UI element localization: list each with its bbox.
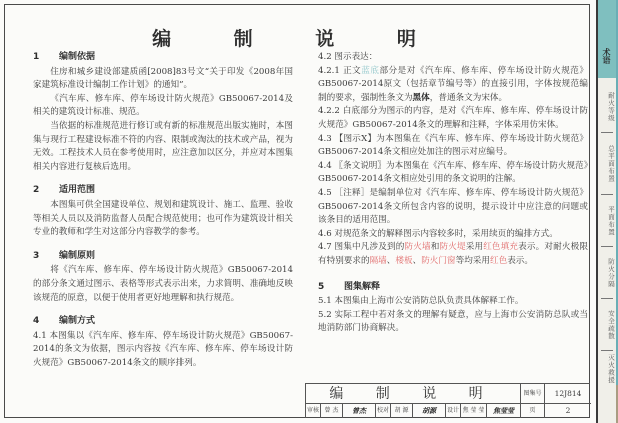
tab-divider (601, 132, 613, 133)
chapter-tab-strip: 术语 耐火等级 总平面布置 平面布置 防火分隔 安全疏散 灭火救援 (596, 0, 618, 423)
section-heading-2: 2适用范围 (33, 184, 293, 198)
title-block: 编 制 说 明 图集号 12J814 审核 曾 杰 曾杰 校对 胡 源 胡源 设… (305, 383, 590, 418)
paragraph: 本图集可供全国建设单位、规划和建筑设计、施工、监理、验收等相关人员以及消防监督人… (33, 199, 293, 240)
check-name: 胡 源 (391, 404, 413, 418)
paragraph-4-7: 4.7 图集中凡涉及到的防火墙和防火堤采用红色填充表示。对耐火极限有特别要求的隔… (318, 241, 588, 268)
paragraph-4-6: 4.6 对规范条文的解释图示内容较多时，采用续页的编排方式。 (318, 228, 588, 242)
tab-fire-separation[interactable]: 防火分隔 (598, 250, 616, 296)
paragraph: 4.1 本图集以《汽车库、修车库、停车场设计防火规范》GB50067-2014的… (33, 330, 293, 371)
paragraph-5-1: 5.1 本图集由上海市公安消防总队负责具体解释工作。 (318, 295, 588, 309)
tab-divider (601, 350, 613, 351)
tab-rescue[interactable]: 灭火救援 (598, 354, 616, 384)
design-label: 设计 (446, 404, 461, 418)
check-signature: 胡源 (413, 404, 446, 418)
tab-floor-plan[interactable]: 平面布置 (598, 198, 616, 244)
tab-fire-rating[interactable]: 耐火等级 (598, 84, 616, 130)
paragraph: 当依据的标准规范进行修订或有新的标准规范出版实施时，本图集与现行工程建设标准不符… (33, 120, 293, 174)
paragraph: 住房和城乡建设部建质函[2008]83号文“关于印发《2008年国家建筑标准设计… (33, 66, 293, 93)
section-heading-5: 5图集解释 (318, 281, 588, 295)
design-name: 焦 莹 莹 (461, 404, 487, 418)
paragraph-4-2: 4.2 图示表达： (318, 51, 588, 65)
drawing-sheet: 编 制 说 明 1编制依据 住房和城乡建设部建质函[2008]83号文“关于印发… (0, 0, 596, 423)
design-signature: 焦莹莹 (487, 404, 521, 418)
paragraph-4-2-2: 4.2.2 白底部分为图示的内容，是对《汽车库、修车库、停车场设计防火规范》GB… (318, 105, 588, 132)
paragraph-4-5: 4.5 ［注释］是编制单位对《汽车库、修车库、停车场设计防火规范》GB50067… (318, 187, 588, 228)
paragraph-4-4: 4.4 〖条文说明〗为本图集在《汽车库、修车库、停车场设计防火规范》GB5006… (318, 160, 588, 187)
review-label: 审核 (306, 404, 321, 418)
paragraph: 《汽车库、修车库、停车场设计防火规范》GB50067-2014及相关的建筑设计标… (33, 93, 293, 120)
paragraph-4-2-1: 4.2.1 正文蓝底部分是对《汽车库、修车库、停车场设计防火规范》GB50067… (318, 65, 588, 106)
paragraph-5-2: 5.2 实际工程中若对条文的理解有疑意，应与上海市公安消防总队或当地消防部门协商… (318, 309, 588, 336)
paragraph-4-3: 4.3 【图示X】为本图集在《汽车库、修车库、停车场设计防火规范》GB50067… (318, 133, 588, 160)
atlas-number: 12J814 (545, 384, 591, 404)
tab-divider (601, 298, 613, 299)
tab-divider (601, 194, 613, 195)
right-column: 4.2 图示表达： 4.2.1 正文蓝底部分是对《汽车库、修车库、停车场设计防火… (318, 51, 588, 336)
check-label: 校对 (376, 404, 391, 418)
section-heading-3: 3编制原则 (33, 250, 293, 264)
page-title: 编 制 说 明 (0, 24, 596, 51)
drawing-title: 编 制 说 明 (306, 384, 521, 404)
review-name: 曾 杰 (321, 404, 343, 418)
signature-row: 审核 曾 杰 曾杰 校对 胡 源 胡源 设计 焦 莹 莹 焦莹莹 页 2 (306, 404, 591, 418)
section-heading-1: 1编制依据 (33, 51, 293, 65)
atlas-number-label: 图集号 (521, 384, 545, 404)
tab-site-plan[interactable]: 总平面布置 (598, 136, 616, 192)
highlight-blue-bg: 蓝底 (361, 66, 379, 76)
left-column: 1编制依据 住房和城乡建设部建质函[2008]83号文“关于印发《2008年国家… (33, 51, 293, 370)
page-number: 2 (545, 404, 591, 418)
review-signature: 曾杰 (343, 404, 376, 418)
tab-divider (601, 246, 613, 247)
page-label: 页 (521, 404, 545, 418)
section-heading-4: 4编制方式 (33, 315, 293, 329)
tab-terms[interactable]: 术语 (598, 0, 616, 78)
paragraph: 将《汽车库、修车库、停车场设计防火规范》GB50067-2014的部分条文通过图… (33, 264, 293, 305)
tab-evacuation[interactable]: 安全疏散 (598, 302, 616, 348)
